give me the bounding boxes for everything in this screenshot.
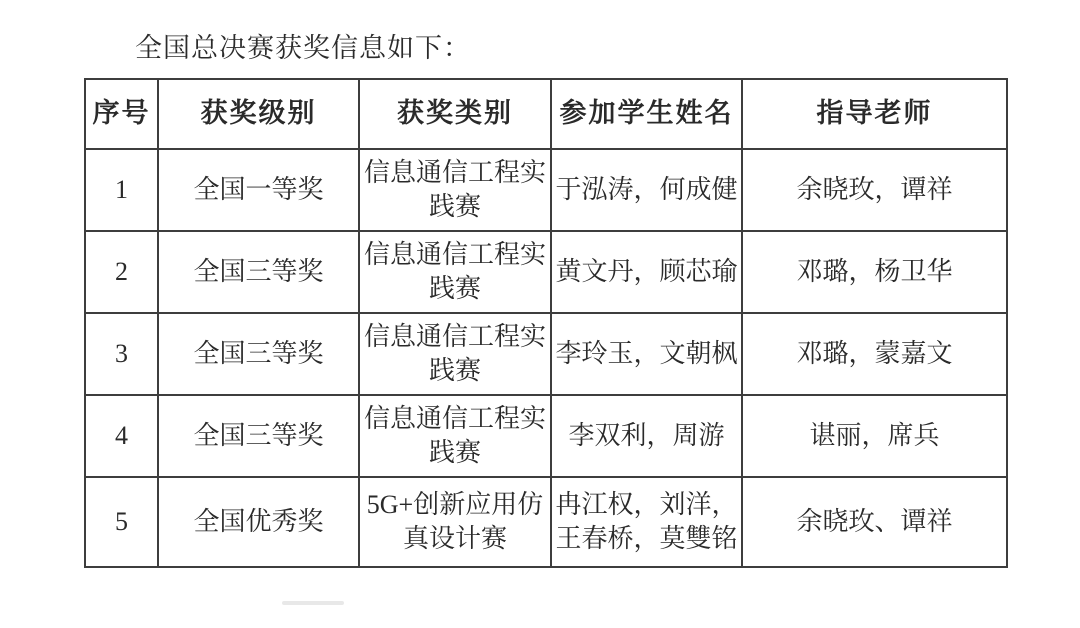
cell-category: 5G+创新应用仿真设计赛 <box>359 477 551 567</box>
table-row: 3全国三等奖信息通信工程实践赛李玲玉，文朝枫邓璐，蒙嘉文 <box>85 313 1007 395</box>
cell-category: 信息通信工程实践赛 <box>359 231 551 313</box>
header-level: 获奖级别 <box>158 79 359 149</box>
cell-students: 冉江权，刘洋，王春桥，莫雙铭 <box>551 477 742 567</box>
table-header: 序号 获奖级别 获奖类别 参加学生姓名 指导老师 <box>85 79 1007 149</box>
header-students: 参加学生姓名 <box>551 79 742 149</box>
scan-artifact <box>282 601 344 605</box>
header-category: 获奖类别 <box>359 79 551 149</box>
cell-no: 5 <box>85 477 158 567</box>
cell-teachers: 谌丽，席兵 <box>742 395 1007 477</box>
cell-category: 信息通信工程实践赛 <box>359 395 551 477</box>
table-row: 2全国三等奖信息通信工程实践赛黄文丹，顾芯瑜邓璐，杨卫华 <box>85 231 1007 313</box>
page-title: 全国总决赛获奖信息如下： <box>135 26 471 65</box>
header-row: 序号 获奖级别 获奖类别 参加学生姓名 指导老师 <box>85 79 1007 149</box>
cell-students: 李双利，周游 <box>551 395 742 477</box>
table-body: 1全国一等奖信息通信工程实践赛于泓涛，何成健余晓玫，谭祥2全国三等奖信息通信工程… <box>85 149 1007 567</box>
cell-teachers: 余晓玫、谭祥 <box>742 477 1007 567</box>
cell-no: 2 <box>85 231 158 313</box>
cell-students: 黄文丹，顾芯瑜 <box>551 231 742 313</box>
cell-level: 全国优秀奖 <box>158 477 359 567</box>
cell-students: 李玲玉，文朝枫 <box>551 313 742 395</box>
cell-no: 4 <box>85 395 158 477</box>
cell-category: 信息通信工程实践赛 <box>359 313 551 395</box>
table-row: 5全国优秀奖5G+创新应用仿真设计赛冉江权，刘洋，王春桥，莫雙铭余晓玫、谭祥 <box>85 477 1007 567</box>
cell-level: 全国一等奖 <box>158 149 359 231</box>
cell-teachers: 余晓玫，谭祥 <box>742 149 1007 231</box>
cell-teachers: 邓璐，杨卫华 <box>742 231 1007 313</box>
header-teachers: 指导老师 <box>742 79 1007 149</box>
cell-level: 全国三等奖 <box>158 231 359 313</box>
table-row: 1全国一等奖信息通信工程实践赛于泓涛，何成健余晓玫，谭祥 <box>85 149 1007 231</box>
cell-level: 全国三等奖 <box>158 395 359 477</box>
cell-no: 3 <box>85 313 158 395</box>
cell-no: 1 <box>85 149 158 231</box>
header-no: 序号 <box>85 79 158 149</box>
cell-students: 于泓涛，何成健 <box>551 149 742 231</box>
cell-category: 信息通信工程实践赛 <box>359 149 551 231</box>
document-page: 全国总决赛获奖信息如下： 序号 获奖级别 获奖类别 参加学生姓名 指导老师 1全… <box>0 0 1080 628</box>
cell-teachers: 邓璐，蒙嘉文 <box>742 313 1007 395</box>
cell-level: 全国三等奖 <box>158 313 359 395</box>
awards-table: 序号 获奖级别 获奖类别 参加学生姓名 指导老师 1全国一等奖信息通信工程实践赛… <box>84 78 1008 568</box>
table-row: 4全国三等奖信息通信工程实践赛李双利，周游谌丽，席兵 <box>85 395 1007 477</box>
